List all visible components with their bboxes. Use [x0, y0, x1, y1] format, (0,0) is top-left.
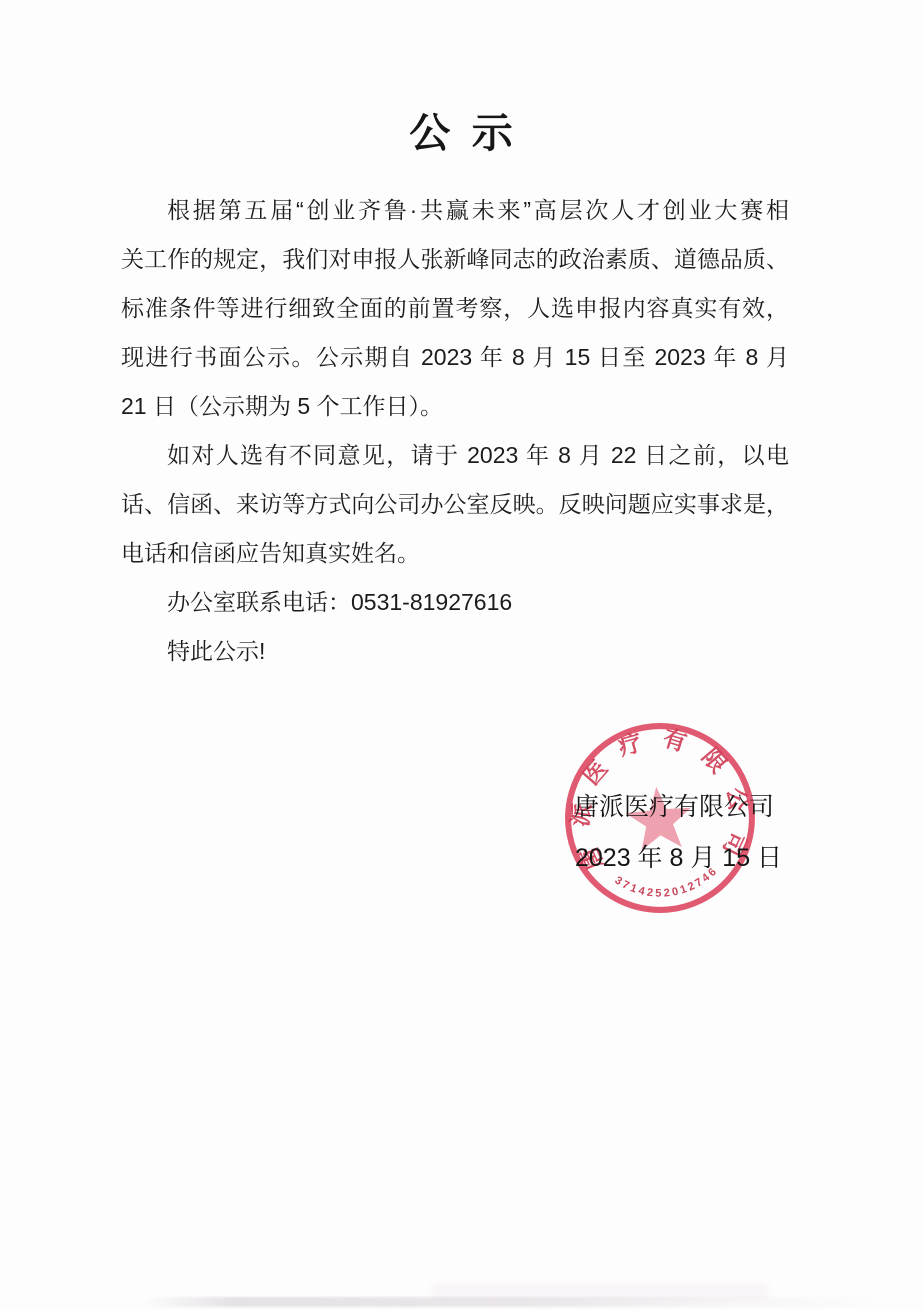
notice-closing-line: 特此公示! [121, 636, 789, 670]
notice-line: 话、信函、来访等方式向公司办公室反映。反映问题应实事求是， [121, 489, 789, 523]
notice-line: 标准条件等进行细致全面的前置考察，人选申报内容真实有效， [121, 293, 789, 327]
signature-date: 2023 年 8 月 15 日 [575, 838, 782, 874]
notice-line: 根据第五届“创业齐鲁·共赢未来”高层次人才创业大赛相 [121, 195, 789, 229]
notice-line: 电话和信函应告知真实姓名。 [121, 538, 789, 572]
notice-document-page: 公 示 根据第五届“创业齐鲁·共赢未来”高层次人才创业大赛相 关工作的规定，我们… [0, 0, 923, 1310]
notice-line: 21 日（公示期为 5 个工作日）。 [121, 391, 789, 425]
signature-company: 唐派医疗有限公司 [574, 787, 774, 823]
notice-contact-line: 办公室联系电话：0531-81927616 [121, 587, 789, 621]
notice-line: 现进行书面公示。公示期自 2023 年 8 月 15 日至 2023 年 8 月 [121, 342, 789, 376]
notice-line: 关工作的规定，我们对申报人张新峰同志的政治素质、道德品质、 [121, 244, 789, 278]
scan-edge-artifact [145, 1297, 875, 1307]
page-title: 公 示 [0, 100, 923, 159]
notice-line: 如对人选有不同意见，请于 2023 年 8 月 22 日之前，以电 [121, 440, 789, 474]
